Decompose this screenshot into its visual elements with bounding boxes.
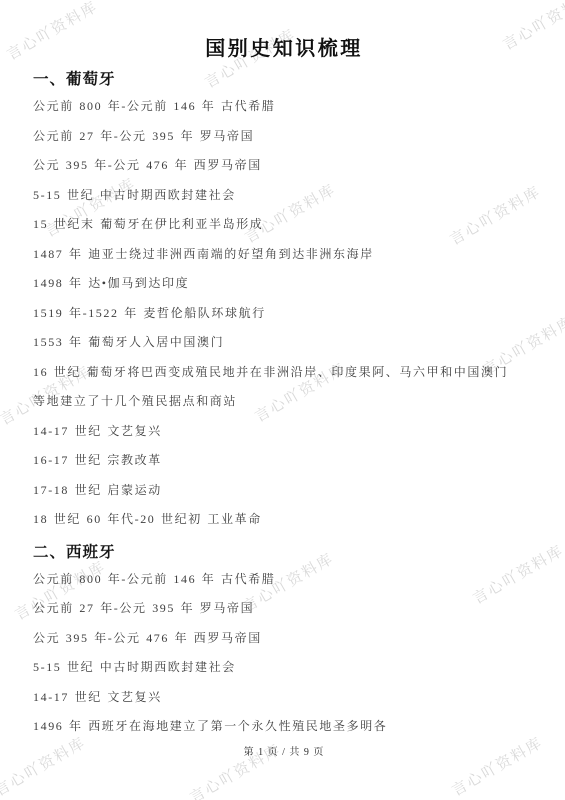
document-content: 国别史知识梳理 一、葡萄牙公元前 800 年-公元前 146 年 古代希腊公元前…: [0, 36, 565, 758]
section-heading: 一、葡萄牙: [33, 68, 535, 92]
document-title: 国别史知识梳理: [33, 36, 535, 62]
timeline-entry: 18 世纪 60 年代-20 世纪初 工业革命: [33, 505, 535, 535]
timeline-entry: 1519 年-1522 年 麦哲伦船队环球航行: [33, 299, 535, 329]
timeline-entry: 5-15 世纪 中古时期西欧封建社会: [33, 181, 535, 211]
timeline-entry: 14-17 世纪 文艺复兴: [33, 417, 535, 447]
page-number: 第 1 页 / 共 9 页: [33, 743, 535, 758]
document-page: 言心吖资料库言心吖资料库言心吖资料库言心吖资料库言心吖资料库言心吖资料库言心吖资…: [0, 0, 565, 800]
timeline-entry: 公元前 800 年-公元前 146 年 古代希腊: [33, 92, 535, 122]
timeline-entry: 公元 395 年-公元 476 年 西罗马帝国: [33, 624, 535, 654]
timeline-entry: 公元前 27 年-公元 395 年 罗马帝国: [33, 594, 535, 624]
timeline-entry: 1553 年 葡萄牙人入居中国澳门: [33, 328, 535, 358]
timeline-entry: 16-17 世纪 宗教改革: [33, 446, 535, 476]
timeline-entry: 1487 年 迪亚士绕过非洲西南端的好望角到达非洲东海岸: [33, 240, 535, 270]
timeline-entry: 14-17 世纪 文艺复兴: [33, 683, 535, 713]
timeline-entry: 5-15 世纪 中古时期西欧封建社会: [33, 653, 535, 683]
timeline-entry: 公元前 27 年-公元 395 年 罗马帝国: [33, 122, 535, 152]
timeline-entry: 16 世纪 葡萄牙将巴西变成殖民地并在非洲沿岸、印度果阿、马六甲和中国澳门: [33, 358, 535, 388]
timeline-entry: 1498 年 达•伽马到达印度: [33, 269, 535, 299]
section-heading: 二、西班牙: [33, 541, 535, 565]
timeline-entry: 1496 年 西班牙在海地建立了第一个永久性殖民地圣多明各: [33, 712, 535, 742]
timeline-entry: 17-18 世纪 启蒙运动: [33, 476, 535, 506]
timeline-entry: 15 世纪末 葡萄牙在伊比利亚半岛形成: [33, 210, 535, 240]
timeline-entry: 公元前 800 年-公元前 146 年 古代希腊: [33, 565, 535, 595]
timeline-entry: 等地建立了十几个殖民据点和商站: [33, 387, 535, 417]
sections: 一、葡萄牙公元前 800 年-公元前 146 年 古代希腊公元前 27 年-公元…: [33, 68, 535, 742]
timeline-entry: 公元 395 年-公元 476 年 西罗马帝国: [33, 151, 535, 181]
